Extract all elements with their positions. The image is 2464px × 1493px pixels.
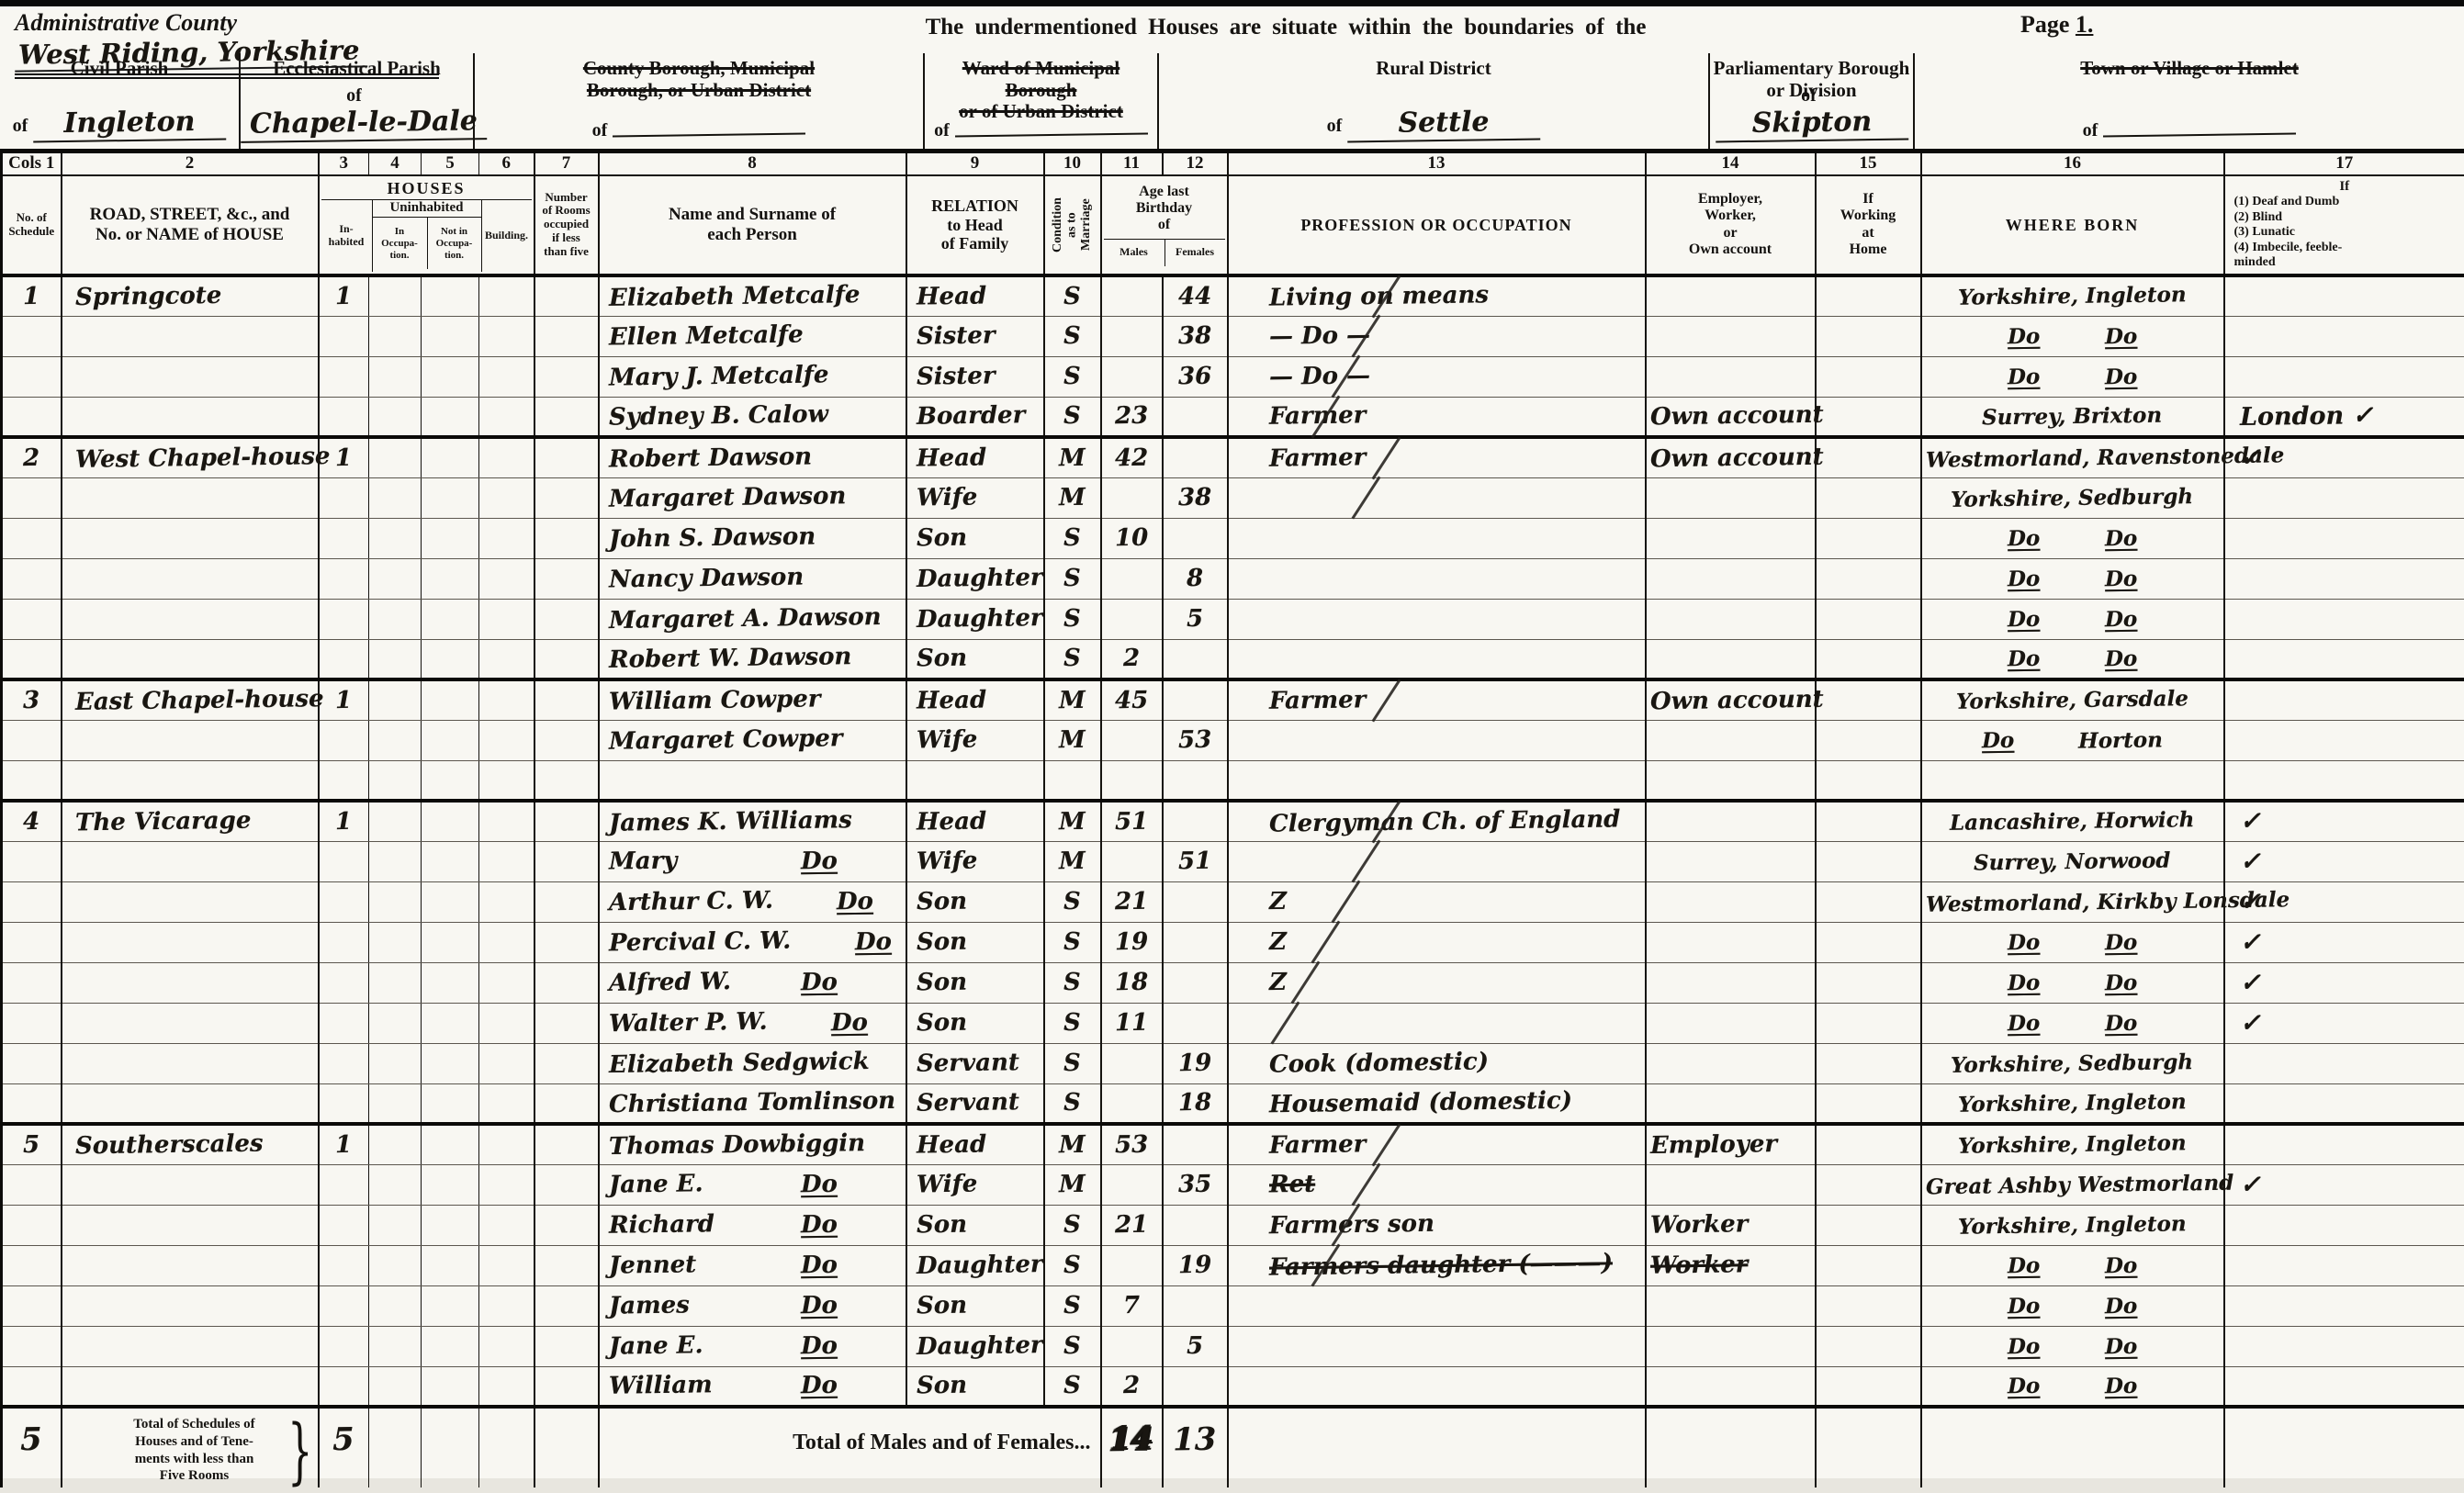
infirmity-cell: [2224, 1205, 2464, 1245]
handwritten-value: Do: [800, 1171, 837, 1199]
address-cell: [62, 962, 319, 1003]
age-female-cell: 8: [1163, 558, 1228, 599]
name-cell: Margaret Cowper: [599, 720, 906, 760]
totals-houses-value: 5: [332, 1409, 354, 1458]
handwritten-pair: Walter P. W.Do: [609, 1009, 902, 1037]
address-cell: East Chapel-house: [62, 679, 319, 720]
schedule-cell: 5: [2, 1124, 62, 1164]
age-female-cell: [1163, 639, 1228, 679]
handwritten-value: ✓: [2239, 848, 2260, 876]
handwritten-value: 2: [1123, 1372, 1141, 1399]
handwritten-value: Great Ashby Westmorland: [1925, 1170, 2233, 1199]
person-row: Mary J. MetcalfeSisterS36— Do —DoDo: [2, 356, 2464, 397]
home-cell: [1816, 437, 1921, 477]
schedule-cell: [2, 558, 62, 599]
rooms-cell: [534, 1366, 599, 1407]
handwritten-value: S: [1063, 363, 1081, 390]
person-row: 1Springcote1Elizabeth MetcalfeHeadS44Liv…: [2, 275, 2464, 316]
district-label: Civil Parish: [0, 58, 239, 80]
infirmity-cell: [2224, 316, 2464, 356]
handwritten-value: Son: [916, 888, 966, 916]
inhabited-cell: [319, 1164, 369, 1205]
building-cell: [479, 437, 534, 477]
home-cell: [1816, 518, 1921, 558]
rooms-cell: [534, 599, 599, 639]
building-cell: [479, 841, 534, 881]
column-number: 14: [1646, 152, 1816, 175]
age-male-cell: [1101, 760, 1163, 801]
handwritten-value: 1: [335, 283, 353, 310]
home-cell: [1816, 841, 1921, 881]
handwritten-value: S: [1063, 1292, 1081, 1319]
column-number: 12: [1163, 152, 1228, 175]
employment-cell: [1646, 1003, 1816, 1043]
handwritten-value: Wife: [916, 726, 977, 755]
handwritten-pair: WilliamDo: [609, 1372, 902, 1399]
handwritten-value: 1: [335, 808, 353, 836]
occupation-cell: Cook (domestic): [1228, 1043, 1646, 1083]
totals-caption-cell: Total of Males and of Females...: [599, 1407, 1101, 1478]
address-cell: [62, 397, 319, 437]
age-male-cell: 7: [1101, 1285, 1163, 1326]
handwritten-value: M: [1059, 848, 1086, 875]
age-male-cell: 10: [1101, 518, 1163, 558]
handwritten-value: Son: [916, 1009, 966, 1038]
inhabited-cell: [319, 760, 369, 801]
building-cell: [479, 1083, 534, 1124]
relation-cell: Servant: [906, 1043, 1044, 1083]
inhabited-cell: [319, 1003, 369, 1043]
handwritten-value: Westmorland, Kirkby Lonsdale: [1925, 887, 2290, 917]
employment-cell: [1646, 760, 1816, 801]
handwritten-value: Own account: [1649, 443, 1823, 474]
district-label: Rural District: [1159, 58, 1708, 80]
home-cell: [1816, 881, 1921, 922]
handwritten-value: Farmers daughter (———): [1268, 1250, 1612, 1282]
handwritten-value: M: [1059, 726, 1086, 754]
condition-cell: S: [1044, 1003, 1101, 1043]
handwritten-value: ✓: [2239, 1171, 2260, 1199]
infirmity-cell: [2224, 679, 2464, 720]
district-value: Ingleton: [33, 106, 227, 143]
statement-text: The undermentioned Houses are situate wi…: [845, 15, 1727, 40]
handwritten-value: Elizabeth Sedgwick: [608, 1048, 869, 1079]
uninhabited-not-occupied-cell: [422, 1245, 479, 1285]
handwritten-value: Do: [1982, 727, 2015, 752]
district-label-struck: Town or Village or Hamlet: [1915, 58, 2464, 80]
uninhabited-not-occupied-cell: [422, 720, 479, 760]
age-female-cell: 5: [1163, 599, 1228, 639]
born-cell: Yorkshire, Ingleton: [1921, 1124, 2224, 1164]
handwritten-value: Yorkshire, Ingleton: [1958, 1131, 2187, 1159]
relation-cell: Sister: [906, 316, 1044, 356]
tally-stroke: [1371, 437, 1401, 480]
handwritten-value: 1: [335, 1131, 353, 1159]
rooms-cell: [534, 801, 599, 841]
person-row: Jane E.DoWifeM35RetGreat Ashby Westmorla…: [2, 1164, 2464, 1205]
col-header-profession: PROFESSION OR OCCUPATION: [1228, 175, 1646, 276]
name-cell: Walter P. W.Do: [599, 1003, 906, 1043]
occupation-cell: Z: [1228, 962, 1646, 1003]
employment-cell: [1646, 356, 1816, 397]
empty-cell: [422, 1407, 479, 1478]
age-male-cell: [1101, 356, 1163, 397]
handwritten-value: Do: [2008, 1010, 2041, 1035]
uninhabited-occupied-cell: [369, 1083, 422, 1124]
rooms-cell: [534, 1043, 599, 1083]
schedule-cell: [2, 881, 62, 922]
column-number: 17: [2224, 152, 2464, 175]
condition-cell: S: [1044, 558, 1101, 599]
handwritten-value: 19: [1115, 928, 1149, 957]
building-cell: [479, 922, 534, 962]
handwritten-value: Ret: [1268, 1171, 1315, 1199]
age-male-cell: 21: [1101, 1205, 1163, 1245]
person-row: Elizabeth SedgwickServantS19Cook (domest…: [2, 1043, 2464, 1083]
tally-stroke: [1371, 1124, 1401, 1167]
handwritten-value: — Do —: [1268, 362, 1369, 391]
condition-cell: S: [1044, 1205, 1101, 1245]
uninhabited-occupied-cell: [369, 801, 422, 841]
inhabited-cell: [319, 558, 369, 599]
occupation-cell: [1228, 518, 1646, 558]
handwritten-pair: DoDo: [1926, 1334, 2220, 1359]
inhabited-cell: [319, 599, 369, 639]
name-cell: WilliamDo: [599, 1366, 906, 1407]
uninhabited-occupied-cell: [369, 477, 422, 518]
home-cell: [1816, 760, 1921, 801]
handwritten-value: S: [1063, 1211, 1081, 1239]
totals-males-cell: 14: [1101, 1407, 1163, 1478]
handwritten-value: ✓: [2239, 443, 2260, 472]
born-cell: DoDo: [1921, 1326, 2224, 1366]
employment-cell: [1646, 801, 1816, 841]
handwritten-value: Son: [916, 1372, 966, 1400]
handwritten-value: Horton: [2078, 727, 2163, 753]
handwritten-pair: Jane E.Do: [609, 1332, 902, 1360]
handwritten-value: Son: [916, 928, 966, 957]
uninhabited-not-occupied-cell: [422, 801, 479, 841]
handwritten-value: William: [608, 1372, 712, 1401]
col-header-not-in-occupation: Not in Occupa- tion.: [427, 218, 481, 269]
person-row: JennetDoDaughterS19Farmers daughter (———…: [2, 1245, 2464, 1285]
handwritten-value: Do: [2008, 566, 2041, 590]
handwritten-value: Do: [2104, 1333, 2137, 1358]
occupation-cell: Clergyman Ch. of England: [1228, 801, 1646, 841]
condition-cell: S: [1044, 639, 1101, 679]
age-male-cell: 51: [1101, 801, 1163, 841]
building-cell: [479, 1124, 534, 1164]
occupation-cell: — Do —: [1228, 356, 1646, 397]
of-label: of: [13, 116, 28, 136]
handwritten-value: 7: [1123, 1292, 1141, 1319]
relation-cell: Daughter: [906, 1245, 1044, 1285]
uninhabited-occupied-cell: [369, 720, 422, 760]
handwritten-value: 36: [1178, 363, 1212, 391]
uninhabited-occupied-cell: [369, 841, 422, 881]
col-header-born: WHERE BORN: [1921, 175, 2224, 276]
infirmity-cell: ✓: [2224, 801, 2464, 841]
col-header-infirmity: If (1) Deaf and Dumb (2) Blind (3) Lunat…: [2224, 175, 2464, 276]
handwritten-value: Sister: [916, 363, 995, 391]
age-male-cell: [1101, 720, 1163, 760]
occupation-cell: Farmers son: [1228, 1205, 1646, 1245]
empty-cell: [1228, 1407, 1646, 1478]
handwritten-value: Do: [2008, 970, 2041, 994]
handwritten-value: Daughter: [916, 604, 1042, 634]
address-cell: [62, 477, 319, 518]
building-cell: [479, 397, 534, 437]
building-cell: [479, 679, 534, 720]
col-header-home: If Working at Home: [1816, 175, 1921, 276]
schedule-cell: [2, 1043, 62, 1083]
address-cell: [62, 1043, 319, 1083]
home-cell: [1816, 1285, 1921, 1326]
rooms-cell: [534, 437, 599, 477]
address-cell: West Chapel-house: [62, 437, 319, 477]
relation-cell: Son: [906, 1003, 1044, 1043]
infirmity-cell: [2224, 477, 2464, 518]
name-cell: William Cowper: [599, 679, 906, 720]
handwritten-value: 1: [335, 687, 353, 714]
address-cell: [62, 639, 319, 679]
handwritten-value: Do: [2104, 1293, 2137, 1318]
born-cell: DoDo: [1921, 1003, 2224, 1043]
district-civil-parish: Civil Parish ofIngleton: [0, 53, 239, 149]
handwritten-value: East Chapel-house: [74, 685, 323, 716]
age-female-cell: 38: [1163, 477, 1228, 518]
district-rural: Rural District ofSettle: [1157, 53, 1708, 149]
infirmity-cell: [2224, 1043, 2464, 1083]
inhabited-cell: [319, 1285, 369, 1326]
handwritten-value: 21: [1115, 1211, 1149, 1240]
home-cell: [1816, 1124, 1921, 1164]
occupation-cell: — Do —: [1228, 316, 1646, 356]
handwritten-value: Jane E.: [608, 1331, 703, 1360]
infirmity-cell: ✓: [2224, 922, 2464, 962]
employment-cell: Own account: [1646, 437, 1816, 477]
handwritten-value: Daughter: [916, 1251, 1042, 1280]
name-cell: JennetDo: [599, 1245, 906, 1285]
name-cell: Nancy Dawson: [599, 558, 906, 599]
relation-cell: Sister: [906, 356, 1044, 397]
schedule-cell: [2, 599, 62, 639]
condition-cell: S: [1044, 1245, 1101, 1285]
employment-cell: Employer: [1646, 1124, 1816, 1164]
employment-cell: [1646, 881, 1816, 922]
handwritten-value: Do: [2104, 566, 2137, 590]
handwritten-value: Do: [837, 888, 873, 916]
handwritten-value: Head: [916, 807, 986, 836]
uninhabited-occupied-cell: [369, 356, 422, 397]
handwritten-pair: Percival C. W.Do: [609, 928, 902, 956]
name-cell: [599, 760, 906, 801]
occupation-cell: Farmer: [1228, 437, 1646, 477]
uninhabited-not-occupied-cell: [422, 1285, 479, 1326]
infirmity-cell: [2224, 1366, 2464, 1407]
occupation-cell: [1228, 760, 1646, 801]
person-row: Arthur C. W.DoSonS21ZWestmorland, Kirkby…: [2, 881, 2464, 922]
occupation-cell: [1228, 1366, 1646, 1407]
schedule-cell: [2, 1205, 62, 1245]
employment-cell: [1646, 1043, 1816, 1083]
handwritten-value: M: [1059, 1171, 1086, 1198]
uninhabited-not-occupied-cell: [422, 760, 479, 801]
handwritten-value: S: [1063, 283, 1081, 310]
handwritten-value: Clergyman Ch. of England: [1268, 805, 1620, 837]
district-label: Ecclesiastical Parish: [241, 58, 473, 80]
handwritten-value: William Cowper: [608, 685, 820, 715]
relation-cell: Son: [906, 881, 1044, 922]
uninhabited-occupied-cell: [369, 1366, 422, 1407]
uninhabited-occupied-cell: [369, 397, 422, 437]
name-cell: Thomas Dowbiggin: [599, 1124, 906, 1164]
handwritten-value: S: [1063, 645, 1081, 672]
occupation-cell: Living on means: [1228, 275, 1646, 316]
handwritten-value: 53: [1178, 726, 1212, 755]
handwritten-value: 4: [23, 808, 40, 836]
handwritten-pair: JennetDo: [609, 1252, 902, 1279]
col-header-age: Age last Birthday of Males Females: [1101, 175, 1228, 276]
handwritten-value: 2: [23, 444, 40, 472]
employment-cell: [1646, 477, 1816, 518]
condition-cell: S: [1044, 1083, 1101, 1124]
handwritten-value: ✓: [2239, 928, 2260, 957]
person-row: MaryDoWifeM51Surrey, Norwood✓: [2, 841, 2464, 881]
handwritten-value: Z: [1268, 969, 1286, 996]
schedule-cell: 2: [2, 437, 62, 477]
handwritten-pair: Arthur C. W.Do: [609, 888, 902, 915]
condition-cell: M: [1044, 477, 1101, 518]
handwritten-value: Do: [2008, 1374, 2041, 1398]
handwritten-value: Do: [2104, 606, 2137, 631]
district-parliamentary: Parliamentary Borough or Division ofSkip…: [1708, 53, 1913, 149]
handwritten-value: Do: [2104, 1010, 2137, 1035]
handwritten-value: M: [1059, 687, 1086, 714]
inhabited-cell: [319, 518, 369, 558]
uninhabited-not-occupied-cell: [422, 639, 479, 679]
handwritten-value: S: [1063, 524, 1081, 552]
col-header-in-occupation: In Occupa- tion.: [373, 218, 427, 269]
handwritten-value: 18: [1115, 969, 1149, 997]
schedule-cell: 3: [2, 679, 62, 720]
home-cell: [1816, 316, 1921, 356]
occupation-cell: [1228, 720, 1646, 760]
home-cell: [1816, 477, 1921, 518]
handwritten-value: Do: [2104, 525, 2137, 550]
uninhabited-not-occupied-cell: [422, 1083, 479, 1124]
occupation-cell: [1228, 599, 1646, 639]
handwritten-value: Yorkshire, Garsdale: [1956, 687, 2188, 715]
col-header-inhabited: In- habited: [321, 200, 372, 272]
handwritten-value: S: [1063, 1252, 1081, 1279]
col-header-employer: Employer, Worker, or Own account: [1646, 175, 1816, 276]
condition-cell: S: [1044, 1366, 1101, 1407]
age-male-cell: [1101, 316, 1163, 356]
handwritten-pair: DoDo: [1926, 1011, 2220, 1036]
home-cell: [1816, 962, 1921, 1003]
district-value: Chapel-le-Dale: [241, 105, 487, 143]
handwritten-pair: DoDo: [1926, 607, 2220, 632]
employment-cell: Own account: [1646, 397, 1816, 437]
occupation-cell: [1228, 1285, 1646, 1326]
handwritten-value: Jane E.: [608, 1170, 703, 1198]
age-female-cell: 44: [1163, 275, 1228, 316]
handwritten-value: Surrey, Norwood: [1974, 848, 2171, 875]
handwritten-value: Do: [2104, 323, 2137, 348]
building-cell: [479, 801, 534, 841]
handwritten-value: 35: [1178, 1171, 1212, 1199]
totals-females-value: 13: [1173, 1409, 1217, 1459]
born-cell: DoDo: [1921, 639, 2224, 679]
home-cell: [1816, 1326, 1921, 1366]
uninhabited-occupied-cell: [369, 1326, 422, 1366]
address-cell: [62, 881, 319, 922]
employment-cell: [1646, 720, 1816, 760]
address-cell: [62, 1003, 319, 1043]
handwritten-value: Mary: [608, 848, 677, 876]
uninhabited-not-occupied-cell: [422, 1164, 479, 1205]
handwritten-value: Yorkshire, Ingleton: [1958, 1089, 2187, 1117]
occupation-cell: [1228, 477, 1646, 518]
handwritten-value: Cook (domestic): [1268, 1049, 1488, 1079]
infirmity-cell: London ✓: [2224, 397, 2464, 437]
uninhabited-not-occupied-cell: [422, 316, 479, 356]
handwritten-value: Southerscales: [74, 1130, 263, 1161]
building-cell: [479, 1366, 534, 1407]
name-cell: Ellen Metcalfe: [599, 316, 906, 356]
handwritten-value: Richard: [608, 1210, 714, 1240]
employment-cell: [1646, 1366, 1816, 1407]
handwritten-value: S: [1063, 969, 1081, 996]
admin-county-label: Administrative County: [15, 9, 237, 36]
handwritten-value: 53: [1115, 1131, 1149, 1160]
name-cell: Christiana Tomlinson: [599, 1083, 906, 1124]
handwritten-pair: DoDo: [1926, 1253, 2220, 1278]
relation-cell: Son: [906, 639, 1044, 679]
uninhabited-occupied-cell: [369, 316, 422, 356]
building-cell: [479, 639, 534, 679]
inhabited-cell: [319, 316, 369, 356]
name-cell: MaryDo: [599, 841, 906, 881]
employment-cell: [1646, 316, 1816, 356]
uninhabited-occupied-cell: [369, 1003, 422, 1043]
home-cell: [1816, 356, 1921, 397]
handwritten-value: Servant: [916, 1049, 1018, 1078]
building-cell: [479, 316, 534, 356]
handwritten-value: S: [1063, 1089, 1081, 1117]
building-cell: [479, 356, 534, 397]
address-cell: [62, 599, 319, 639]
condition-cell: M: [1044, 841, 1101, 881]
handwritten-value: ✓: [2239, 969, 2260, 997]
handwritten-value: 51: [1115, 808, 1149, 836]
name-cell: Margaret Dawson: [599, 477, 906, 518]
infirmity-items: (1) Deaf and Dumb (2) Blind (3) Lunatic …: [2227, 195, 2463, 271]
occupation-cell: Farmer: [1228, 397, 1646, 437]
handwritten-pair: DoDo: [1926, 930, 2220, 955]
column-number: 8: [599, 152, 906, 175]
home-cell: [1816, 1083, 1921, 1124]
age-female-cell: 36: [1163, 356, 1228, 397]
relation-cell: Son: [906, 1285, 1044, 1326]
rooms-cell: [534, 1124, 599, 1164]
address-cell: Springcote: [62, 275, 319, 316]
handwritten-value: S: [1063, 928, 1081, 956]
handwritten-value: 19: [1178, 1050, 1212, 1078]
inhabited-cell: 1: [319, 1124, 369, 1164]
occupation-cell: Z: [1228, 922, 1646, 962]
